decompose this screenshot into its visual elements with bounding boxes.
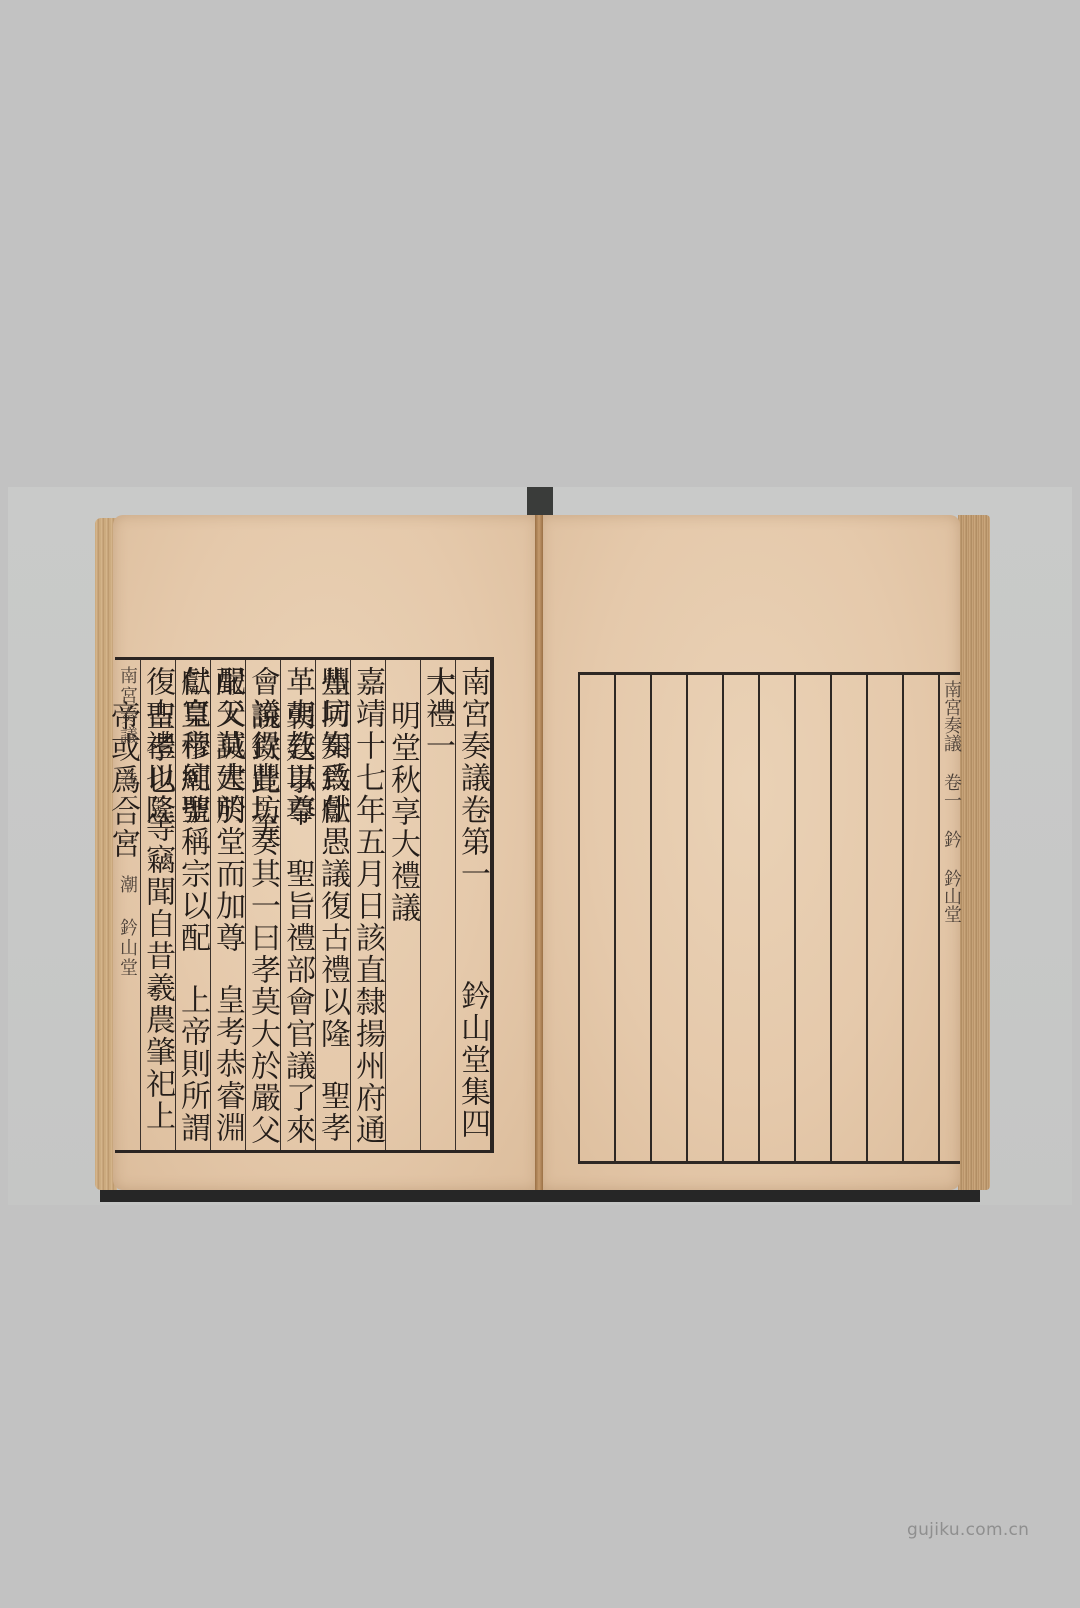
column-text: 豐坊奏爲獻愚議復古禮以隆 (315, 666, 350, 1050)
text-column-4: 會議得豐坊奏其一曰孝莫大於嚴父嚴父莫大於 (245, 660, 280, 1150)
text-column-3: 朝廷事奉聖旨禮部會官議了來說欽此臣等 (280, 660, 315, 1150)
column-rule (614, 675, 616, 1161)
text-column-2: 豐坊奏爲獻愚議復古禮以隆聖孝革夷教以尊 (315, 660, 350, 1150)
column-rule (650, 675, 652, 1161)
column-rule (866, 675, 868, 1161)
volume-title: 南宮奏議卷第一 (455, 666, 490, 890)
left-margin-heading: 南宮奏議 卷一 一 潮 鈐山堂 (115, 660, 139, 1150)
column-rule (686, 675, 688, 1161)
column-text-small: 臣 (148, 796, 167, 812)
left-page-text-frame: 南宮奏議卷第一鈐山堂集四十一 大禮一 明堂秋享大禮議 嘉靖十七年五月日該直隸揚州… (115, 657, 494, 1153)
text-column-7: 聖孝也臣等竊聞自昔羲農肇祀上帝或爲合宮 (140, 660, 175, 1150)
right-page-ruled-frame (578, 672, 960, 1164)
column-rule (902, 675, 904, 1161)
right-fore-edge (958, 515, 990, 1190)
right-margin-heading: 南宮奏議 卷一 鈐 鈐山堂 (940, 680, 962, 1150)
book-shadow-bottom (100, 1190, 980, 1202)
column-text: 聖孝也 (140, 700, 175, 796)
section-heading: 大禮一 (420, 666, 455, 762)
margin-text: 南宮奏議 卷一 一 潮 鈐山堂 (117, 666, 138, 978)
column-rule (758, 675, 760, 1161)
column-rule (794, 675, 796, 1161)
section-column: 大禮一 (420, 660, 455, 1150)
watermark: gujiku.com.cn (907, 1520, 1029, 1540)
book-gutter (535, 515, 543, 1190)
text-column-6: 獻皇帝廟號稱宗以配上帝則所謂復古禮以隆 (175, 660, 210, 1150)
essay-title: 明堂秋享大禮議 (385, 700, 420, 924)
column-rule (578, 675, 580, 1161)
text-column-1: 嘉靖十七年五月日該直隸揚州府通州同知致仕 (350, 660, 385, 1150)
text-column-5: 配天誠建明堂而加尊皇考恭睿淵仁寬穆純聖 (210, 660, 245, 1150)
column-text: 朝廷事奉 (280, 700, 315, 828)
column-rule (830, 675, 832, 1161)
column-text: 獻皇帝廟號稱宗以配 (175, 666, 210, 954)
margin-text: 南宮奏議 卷一 鈐 鈐山堂 (941, 680, 962, 923)
column-rule (722, 675, 724, 1161)
subtitle-column: 明堂秋享大禮議 (385, 660, 420, 1150)
title-column: 南宮奏議卷第一鈐山堂集四十一 (455, 660, 490, 1150)
column-text: 配天誠建明堂而加尊 (210, 666, 245, 954)
book-spine-top (527, 487, 553, 517)
